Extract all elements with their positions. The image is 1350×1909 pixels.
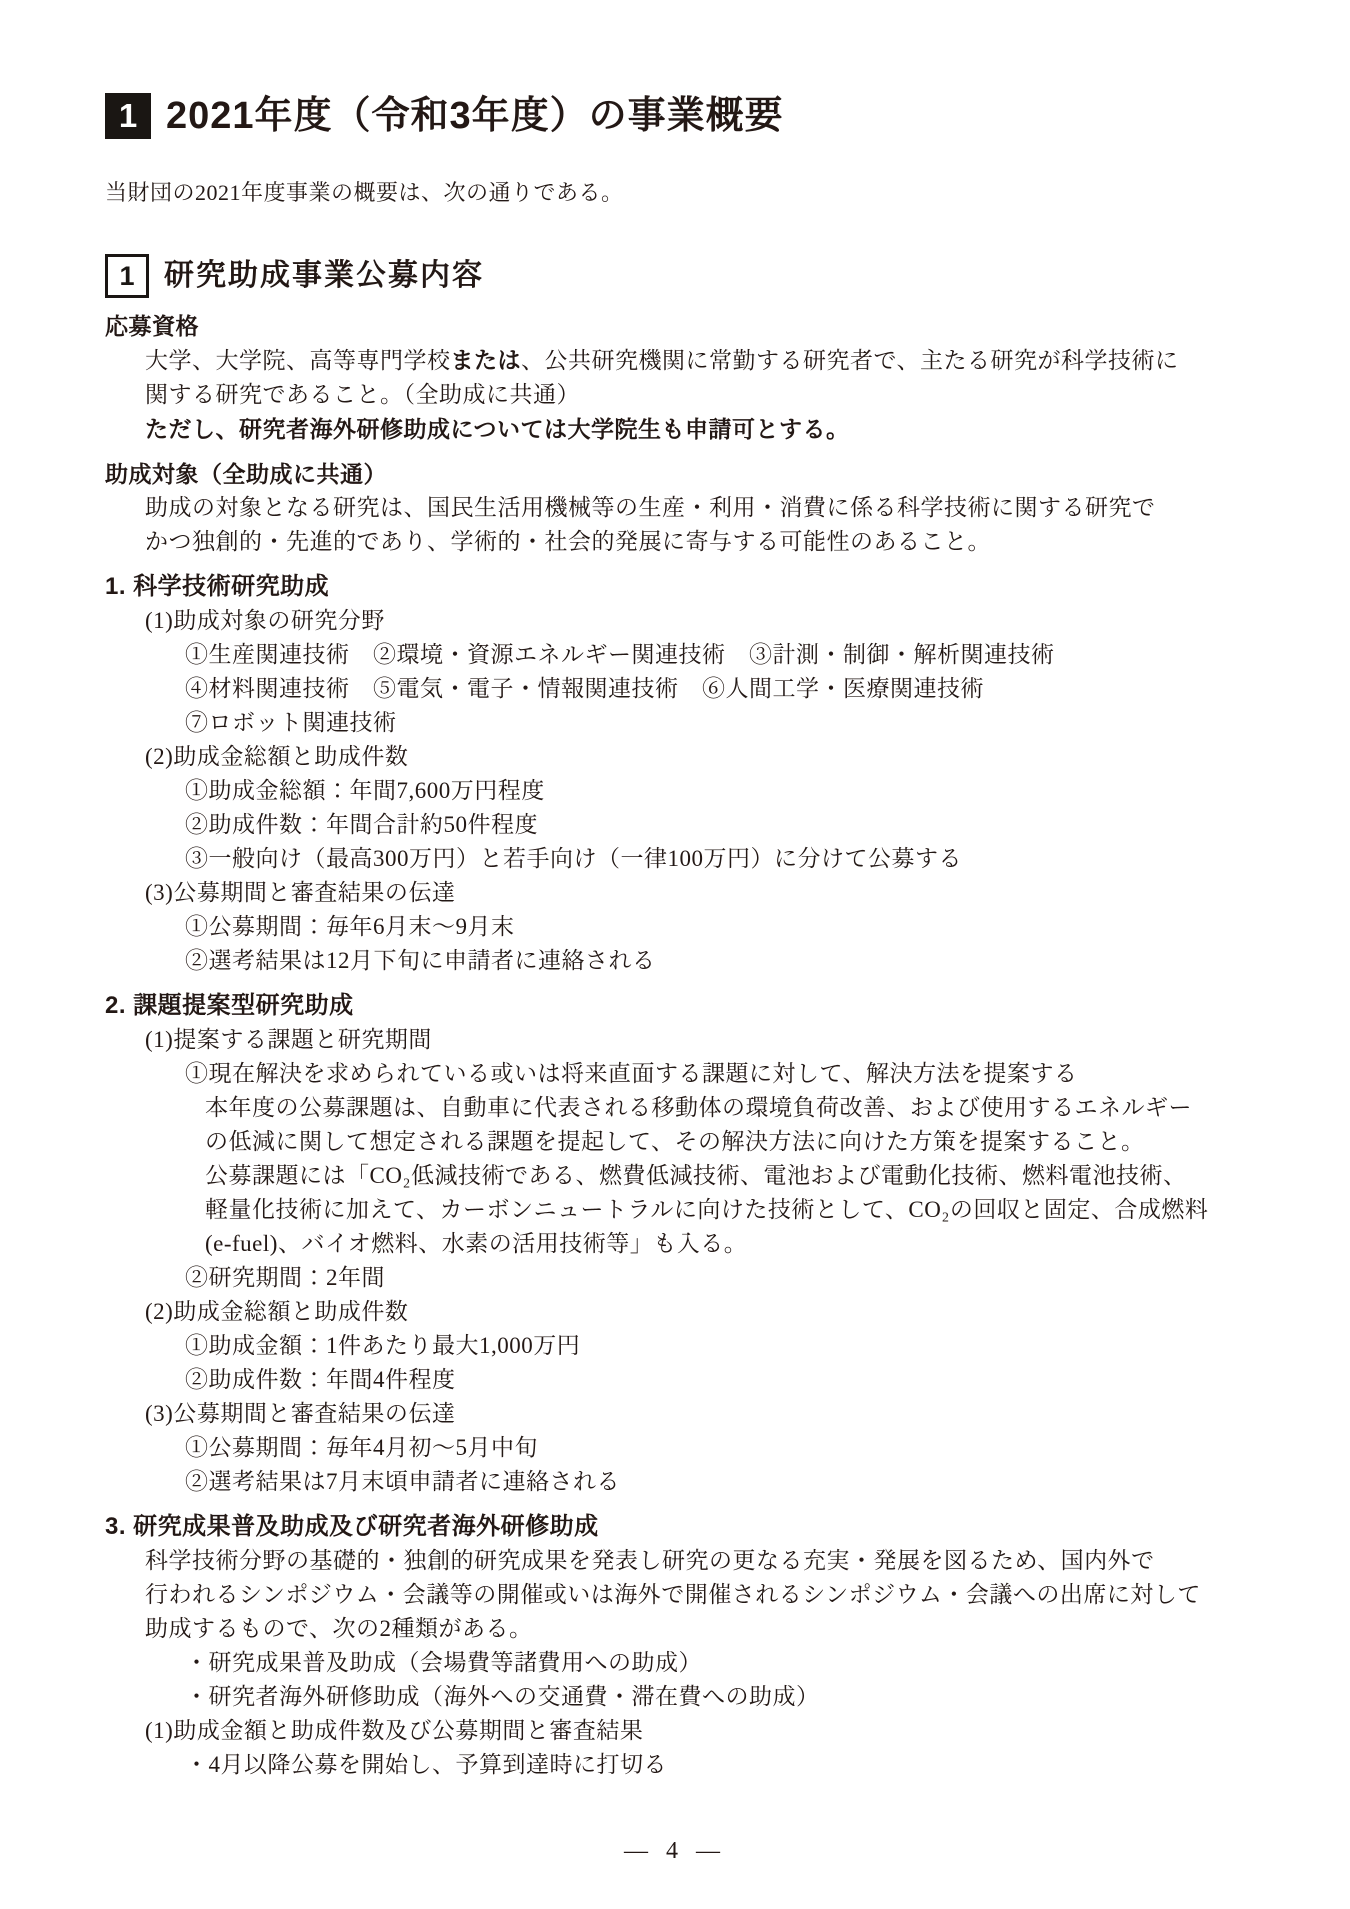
section-heading: 1 研究助成事業公募内容 xyxy=(105,254,1250,298)
program-2-item-1-cont-4: 軽量化技術に加えて、カーボンニュートラルに向けた技術として、CO₂の回収と固定、… xyxy=(205,1193,1250,1227)
eligibility-section: 応募資格 大学、大学院、高等専門学校または、公共研究機関に常勤する研究者で、主た… xyxy=(105,309,1250,446)
program-1-item-2-label: (2)助成金総額と助成件数 xyxy=(145,740,1250,774)
grant-target-heading: 助成対象（全助成に共通） xyxy=(105,457,1250,491)
program-1-tech-line-1: ①生産関連技術 ②環境・資源エネルギー関連技術 ③計測・制御・解析関連技術 xyxy=(185,638,1250,672)
program-2-heading: 2. 課題提案型研究助成 xyxy=(105,989,1250,1023)
program-2-item-2-sub-2: ②助成件数：年間4件程度 xyxy=(185,1363,1250,1397)
program-1-item-3-label: (3)公募期間と審査結果の伝達 xyxy=(145,876,1250,910)
program-3-body-1: 科学技術分野の基礎的・独創的研究成果を発表し研究の更なる充実・発展を図るため、国… xyxy=(145,1544,1250,1578)
program-2-item-1-cont-1: 本年度の公募課題は、自動車に代表される移動体の環境負荷改善、および使用するエネル… xyxy=(205,1091,1250,1125)
grant-target-section: 助成対象（全助成に共通） 助成の対象となる研究は、国民生活用機械等の生産・利用・… xyxy=(105,457,1250,559)
program-1-section: 1. 科学技術研究助成 (1)助成対象の研究分野 ①生産関連技術 ②環境・資源エ… xyxy=(105,570,1250,978)
document-page: 1 2021年度（令和3年度）の事業概要 当財団の2021年度事業の概要は、次の… xyxy=(0,0,1350,1909)
eligibility-line-1-emphasis: または xyxy=(451,347,522,373)
program-2-item-1-cont-2: の低減に関して想定される課題を提起して、その解決方法に向けた方策を提案すること。 xyxy=(205,1125,1250,1159)
eligibility-line-2: 関する研究であること。（全助成に共通） xyxy=(145,378,1250,412)
program-2-item-1-cont-5: (e-fuel)、バイオ燃料、水素の活用技術等」も入る。 xyxy=(205,1227,1250,1261)
program-1-heading: 1. 科学技術研究助成 xyxy=(105,570,1250,604)
program-2-item-3-label: (3)公募期間と審査結果の伝達 xyxy=(145,1397,1250,1431)
section-number-badge: 1 xyxy=(105,254,149,298)
grant-target-line-2: かつ独創的・先進的であり、学術的・社会的発展に寄与する可能性のあること。 xyxy=(145,525,1250,559)
eligibility-line-1-pre: 大学、大学院、高等専門学校 xyxy=(145,348,451,373)
grant-target-line-1: 助成の対象となる研究は、国民生活用機械等の生産・利用・消費に係る科学技術に関する… xyxy=(145,491,1250,525)
program-2-item-1-sub-2: ②研究期間：2年間 xyxy=(185,1261,1250,1295)
page-footer: — 4 — xyxy=(0,1838,1350,1865)
program-2-item-3-sub-2: ②選考結果は7月末頃申請者に連絡される xyxy=(185,1465,1250,1499)
program-2-item-1-label: (1)提案する課題と研究期間 xyxy=(145,1023,1250,1057)
eligibility-line-1: 大学、大学院、高等専門学校または、公共研究機関に常勤する研究者で、主たる研究が科… xyxy=(145,343,1250,378)
program-3-bullet-1: ・研究成果普及助成（会場費等諸費用への助成） xyxy=(185,1646,1250,1680)
program-1-item-3-sub-1: ①公募期間：毎年6月末～9月末 xyxy=(185,910,1250,944)
intro-paragraph: 当財団の2021年度事業の概要は、次の通りである。 xyxy=(105,176,1250,210)
program-3-body-2: 行われるシンポジウム・会議等の開催或いは海外で開催されるシンポジウム・会議への出… xyxy=(145,1578,1250,1612)
program-1-item-2-sub-2: ②助成件数：年間合計約50件程度 xyxy=(185,808,1250,842)
page-title: 2021年度（令和3年度）の事業概要 xyxy=(166,92,784,140)
program-1-tech-line-3: ⑦ロボット関連技術 xyxy=(185,706,1250,740)
program-2-item-1-sub-1: ①現在解決を求められている或いは将来直面する課題に対して、解決方法を提案する xyxy=(185,1057,1250,1091)
program-1-tech-line-2: ④材料関連技術 ⑤電気・電子・情報関連技術 ⑥人間工学・医療関連技術 xyxy=(185,672,1250,706)
eligibility-heading: 応募資格 xyxy=(105,309,1250,343)
program-2-item-1-cont-3: 公募課題には「CO₂低減技術である、燃費低減技術、電池および電動化技術、燃料電池… xyxy=(205,1159,1250,1193)
program-1-item-1-label: (1)助成対象の研究分野 xyxy=(145,604,1250,638)
program-3-heading: 3. 研究成果普及助成及び研究者海外研修助成 xyxy=(105,1510,1250,1544)
program-2-item-2-label: (2)助成金総額と助成件数 xyxy=(145,1295,1250,1329)
page-number: — 4 — xyxy=(624,1838,726,1864)
program-2-item-2-sub-1: ①助成金額：1件あたり最大1,000万円 xyxy=(185,1329,1250,1363)
chapter-number-badge: 1 xyxy=(105,93,151,139)
eligibility-line-1-rest: 、公共研究機関に常勤する研究者で、主たる研究が科学技術に xyxy=(521,348,1179,373)
program-3-bullet-2: ・研究者海外研修助成（海外への交通費・滞在費への助成） xyxy=(185,1680,1250,1714)
program-3-item-1-label: (1)助成金額と助成件数及び公募期間と審査結果 xyxy=(145,1714,1250,1748)
program-2-item-3-sub-1: ①公募期間：毎年4月初～5月中旬 xyxy=(185,1431,1250,1465)
program-3-section: 3. 研究成果普及助成及び研究者海外研修助成 科学技術分野の基礎的・独創的研究成… xyxy=(105,1510,1250,1782)
program-3-item-1-bullet: ・4月以降公募を開始し、予算到達時に打切る xyxy=(185,1748,1250,1782)
section-title: 研究助成事業公募内容 xyxy=(164,254,484,298)
program-2-section: 2. 課題提案型研究助成 (1)提案する課題と研究期間 ①現在解決を求められてい… xyxy=(105,989,1250,1499)
chapter-heading: 1 2021年度（令和3年度）の事業概要 xyxy=(105,92,1250,140)
program-3-body-3: 助成するもので、次の2種類がある。 xyxy=(145,1612,1250,1646)
program-1-item-2-sub-3: ③一般向け（最高300万円）と若手向け（一律100万円）に分けて公募する xyxy=(185,842,1250,876)
eligibility-line-3: ただし、研究者海外研修助成については大学院生も申請可とする。 xyxy=(145,412,1250,446)
program-1-item-2-sub-1: ①助成金総額：年間7,600万円程度 xyxy=(185,774,1250,808)
program-1-item-3-sub-2: ②選考結果は12月下旬に申請者に連絡される xyxy=(185,944,1250,978)
